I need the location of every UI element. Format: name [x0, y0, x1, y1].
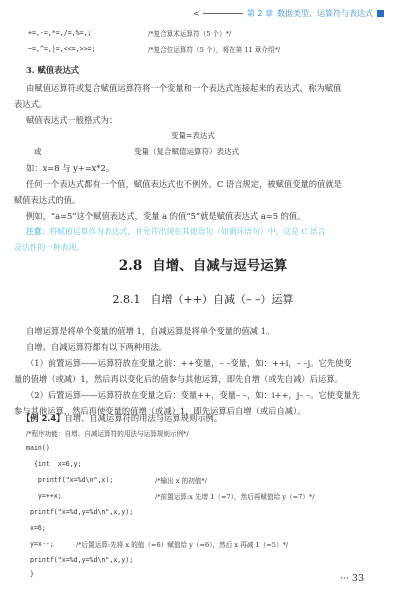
chapter-title: 数据类型、运算符与表达式	[277, 8, 373, 19]
paragraph: 表达式。	[14, 98, 47, 110]
arrow-left-icon: <	[193, 9, 199, 18]
code-line: }	[26, 570, 34, 578]
paragraph: 例如，“a=5”这个赋值表达式，变量 a 的值“5”就是赋值表达式 a=5 的值…	[26, 210, 306, 222]
example-heading: 【例 2.4】自增、自减运算符的用法与运算规则示例。	[22, 412, 222, 424]
example-title: 自增、自减运算符的用法与运算规则示例。	[64, 413, 222, 423]
code-line: printf("x=%d,y=%d\n",x,y);	[26, 556, 133, 564]
paragraph: 赋值表达式一般格式为：	[26, 114, 117, 126]
code-line: /*程序功能：自增、自减运算符的用法与运算规则示例*/	[26, 428, 189, 438]
subsection-title-text: 自增（++）自减（– –）运算	[151, 293, 294, 306]
paragraph: 自增、自减运算符都有以下两种用法。	[26, 341, 167, 353]
code-line: printf("x=%d\n",x);	[26, 476, 113, 484]
note-label: 注意：	[26, 227, 49, 236]
paragraph: （1）前置运算——运算符放在变量之前：++变量，– –变量，如：++i，– –j…	[26, 357, 352, 369]
subsection-title: 2.8.1自增（++）自减（– –）运算	[0, 291, 406, 307]
code-comment: /*输出 x 的初值*/	[155, 475, 207, 485]
format-line: 变量（复合赋值运算符）表达式	[134, 146, 239, 157]
section-number: 2.8	[119, 258, 143, 274]
code-line: {int x=6,y;	[26, 460, 82, 468]
square-marker-icon	[377, 10, 384, 17]
note-text: 将赋值运算作为表达式，并允许出现在其他语句（如循环语句）中，这是 C 语言	[49, 227, 325, 236]
subsection-number: 2.8.1	[113, 293, 141, 306]
example-tag: 【例 2.4】	[22, 413, 64, 423]
operator-comment-2: /*复合位运算符（5 个），将在第 11 章介绍*/	[148, 44, 280, 54]
paragraph: 自增运算是将单个变量的值增 1，自减运算是将单个变量的值减 1。	[26, 325, 274, 337]
code-comment: /*后置运算:先将 x 的值（=6）赋值给 y（=6），然后 x 再减 1（=5…	[76, 539, 288, 549]
or-label: 或	[34, 146, 42, 157]
code-line: printf("x=%d,y=%d\n",x,y);	[26, 508, 133, 516]
operator-comment-1: /*复合算术运算符（5 个）*/	[148, 28, 231, 38]
operator-code-1: +=,-=,*=,/=,%=,;	[28, 29, 92, 37]
code-line: y=x--;	[26, 540, 54, 548]
section-title: 2.8自增、自减与逗号运算	[0, 254, 406, 274]
running-header: < 第 2 章 数据类型、运算符与表达式	[193, 8, 384, 19]
section-title-text: 自增、自减与逗号运算	[152, 258, 287, 274]
note-text: 灵活性的一种表现。	[14, 242, 84, 253]
format-line: 变量=表达式	[171, 130, 215, 141]
paragraph: 任何一个表达式都有一个值，赋值表达式也不例外。C 语言规定，被赋值变量的值就是	[26, 178, 342, 190]
note: 注意：将赋值运算作为表达式，并允许出现在其他语句（如循环语句）中，这是 C 语言	[26, 226, 325, 237]
paragraph: 量的值增（或减）1，然后再以变化后的值参与其他运算，即先自增（或先自减）后运算。	[14, 373, 343, 385]
example-line: 如：x=8 与 y+=x*2。	[26, 162, 114, 174]
code-line: y=++x;	[26, 492, 62, 500]
paragraph: 赋值表达式的值。	[14, 194, 80, 206]
code-comment: /*前置运算:x 先增 1（=7），然后再赋值给 y（=7）*/	[155, 491, 314, 501]
paragraph: （2）后置运算——运算符放在变量之后：变量++，变量– –，如：i++，j– –…	[26, 389, 360, 401]
code-line: main()	[26, 444, 50, 452]
operator-code-2: ~=,^=,|=,<<=,>>=;	[28, 45, 96, 53]
header-rule	[203, 13, 243, 14]
chapter-label: 第 2 章	[247, 8, 273, 19]
paragraph: 由赋值运算符或复合赋值运算符将一个变量和一个表达式连接起来的表达式，称为赋值	[26, 82, 341, 94]
code-line: x=6;	[26, 524, 46, 532]
subsection-heading: 3. 赋值表达式	[26, 64, 79, 76]
page-number: ··· 33	[340, 573, 364, 584]
